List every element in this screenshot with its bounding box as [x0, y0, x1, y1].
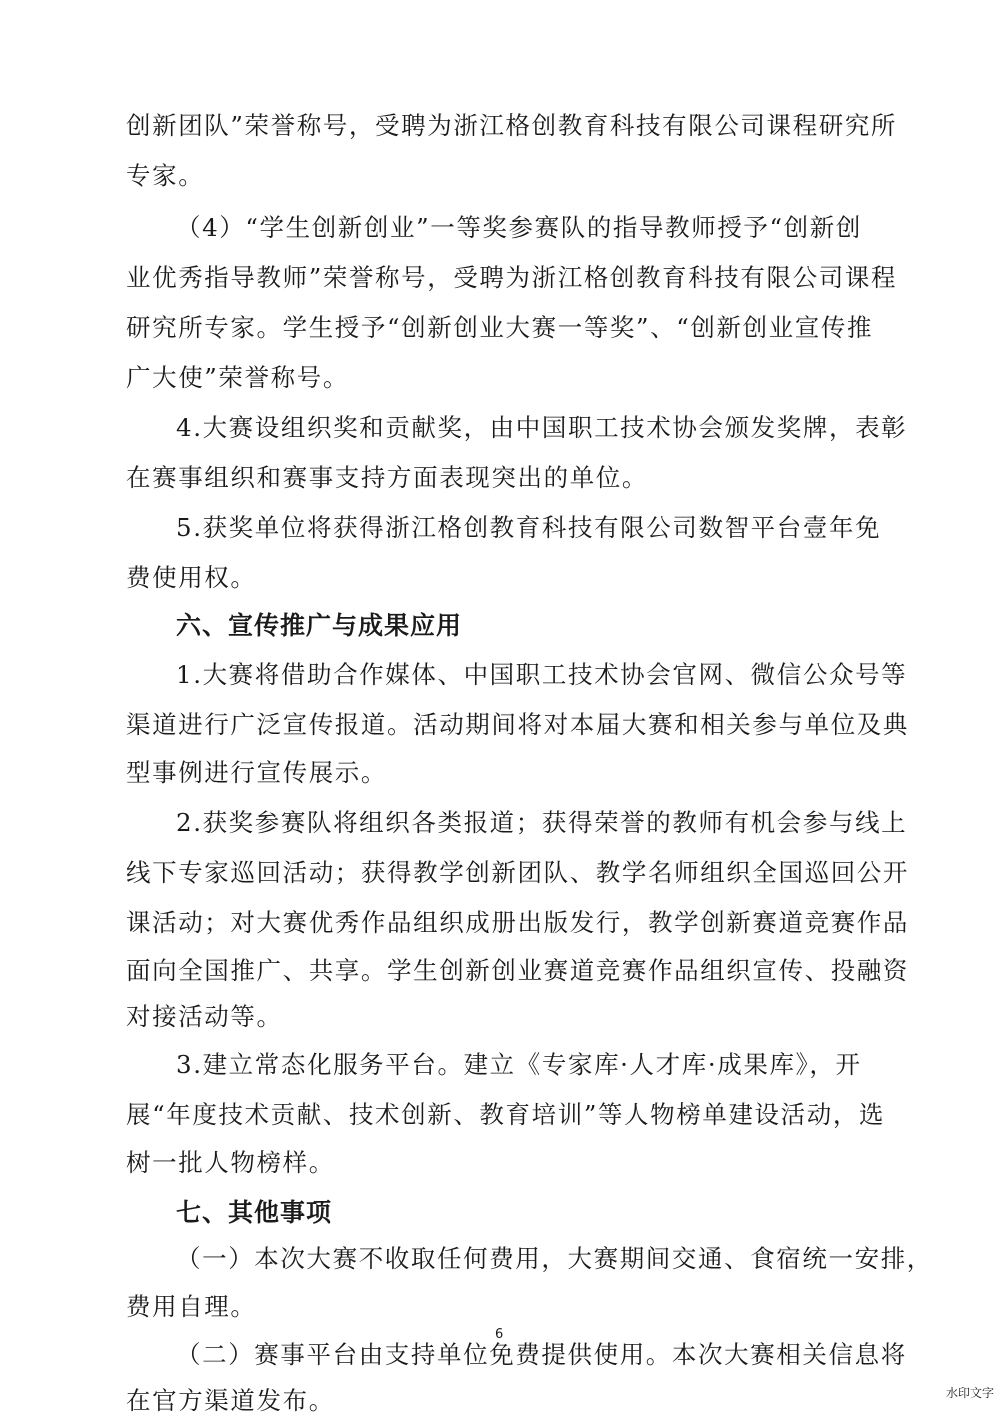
paragraph-line: 展“年度技术贡献、技术创新、教育培训”等人物榜单建设活动，选 [126, 1100, 878, 1130]
paragraph-line: 3.建立常态化服务平台。建立《专家库·人才库·成果库》，开 [176, 1050, 878, 1080]
paragraph-line: 研究所专家。学生授予“创新创业大赛一等奖”、“创新创业宣传推 [126, 313, 878, 343]
paragraph-line: 线下专家巡回活动；获得教学创新团队、教学名师组织全国巡回公开 [126, 858, 878, 888]
paragraph-line: 专家。 [126, 161, 878, 191]
paragraph-line: 在赛事组织和赛事支持方面表现突出的单位。 [126, 463, 878, 493]
paragraph-line: 4.大赛设组织奖和贡献奖，由中国职工技术协会颁发奖牌，表彰 [176, 413, 878, 443]
paragraph-line: （4）“学生创新创业”一等奖参赛队的指导教师授予“创新创 [176, 213, 878, 243]
watermark-text: 水印文字 [946, 1384, 994, 1401]
paragraph-line: 在官方渠道发布。 [126, 1386, 878, 1414]
paragraph-line: 广大使”荣誉称号。 [126, 363, 878, 393]
paragraph-line: 型事例进行宣传展示。 [126, 758, 878, 788]
paragraph-line: 1.大赛将借助合作媒体、中国职工技术协会官网、微信公众号等 [176, 660, 878, 690]
paragraph-line: 课活动；对大赛优秀作品组织成册出版发行，教学创新赛道竞赛作品 [126, 908, 878, 938]
paragraph-line: 树一批人物榜样。 [126, 1148, 878, 1178]
paragraph-line: 创新团队”荣誉称号，受聘为浙江格创教育科技有限公司课程研究所 [126, 111, 878, 141]
paragraph-line: 业优秀指导教师”荣誉称号，受聘为浙江格创教育科技有限公司课程 [126, 263, 878, 293]
paragraph-line: 2.获奖参赛队将组织各类报道；获得荣誉的教师有机会参与线上 [176, 808, 878, 838]
paragraph-line: （二）赛事平台由支持单位免费提供使用。本次大赛相关信息将 [176, 1340, 878, 1370]
document-page: 创新团队”荣誉称号，受聘为浙江格创教育科技有限公司课程研究所专家。（4）“学生创… [0, 0, 1000, 1414]
paragraph-line: 费用自理。 [126, 1292, 878, 1322]
paragraph-line: 5.获奖单位将获得浙江格创教育科技有限公司数智平台壹年免 [176, 513, 878, 543]
paragraph-line: 对接活动等。 [126, 1002, 878, 1032]
page-number: 6 [495, 1327, 503, 1342]
paragraph-line: 渠道进行广泛宣传报道。活动期间将对本届大赛和相关参与单位及典 [126, 710, 878, 740]
paragraph-line: （一）本次大赛不收取任何费用，大赛期间交通、食宿统一安排， [176, 1244, 878, 1274]
paragraph-line: 费使用权。 [126, 563, 878, 593]
section-heading-6: 六、宣传推广与成果应用 [176, 611, 462, 641]
paragraph-line: 面向全国推广、共享。学生创新创业赛道竞赛作品组织宣传、投融资 [126, 956, 878, 986]
section-heading-7: 七、其他事项 [176, 1198, 332, 1228]
